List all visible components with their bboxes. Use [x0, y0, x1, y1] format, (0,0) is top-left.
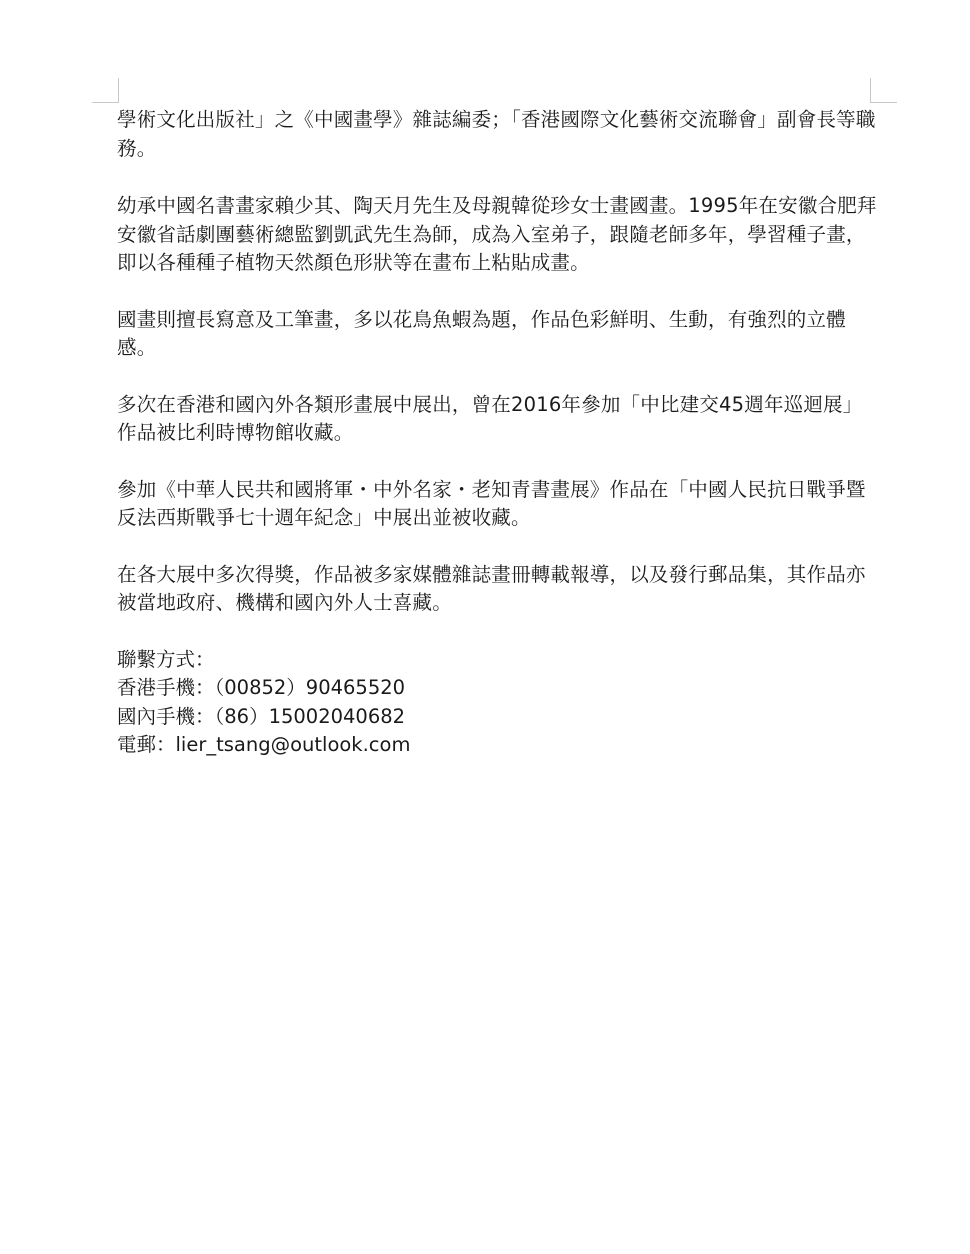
paragraph-positions: 學術文化出版社」之《中國畫學》雜誌編委；「香港國際文化藝術交流聯會」副會長等職務…	[117, 106, 877, 163]
paragraph-painting-style: 國畫則擅長寫意及工筆畫，多以花鳥魚蝦為題，作品色彩鮮明、生動，有強烈的立體感。	[117, 306, 877, 363]
document-page: 學術文化出版社」之《中國畫學》雜誌編委；「香港國際文化藝術交流聯會」副會長等職務…	[0, 0, 970, 1254]
contact-heading: 聯繫方式：	[117, 646, 877, 675]
contact-cn-mobile: 國內手機：（86）15002040682	[117, 703, 877, 732]
paragraph-exhibitions: 多次在香港和國內外各類形畫展中展出，曾在2016年參加「中比建交45週年巡迴展」…	[117, 391, 877, 448]
paragraph-awards: 在各大展中多次得獎，作品被多家媒體雜誌畫冊轉載報導，以及發行郵品集，其作品亦被當…	[117, 561, 877, 618]
margin-corner-mark-top-left	[92, 78, 119, 103]
document-body[interactable]: 學術文化出版社」之《中國畫學》雜誌編委；「香港國際文化藝術交流聯會」副會長等職務…	[117, 106, 877, 760]
paragraph-training: 幼承中國名書畫家賴少其、陶天月先生及母親韓從珍女士畫國畫。1995年在安徽合肥拜…	[117, 192, 877, 278]
contact-hk-mobile: 香港手機：（00852）90465520	[117, 674, 877, 703]
contact-info: 聯繫方式： 香港手機：（00852）90465520 國內手機：（86）1500…	[117, 646, 877, 760]
margin-corner-mark-top-right	[870, 78, 897, 103]
contact-email: 電郵：lier_tsang@outlook.com	[117, 731, 877, 760]
paragraph-collections: 參加《中華人民共和國將軍・中外名家・老知青書畫展》作品在「中國人民抗日戰爭暨反法…	[117, 476, 877, 533]
